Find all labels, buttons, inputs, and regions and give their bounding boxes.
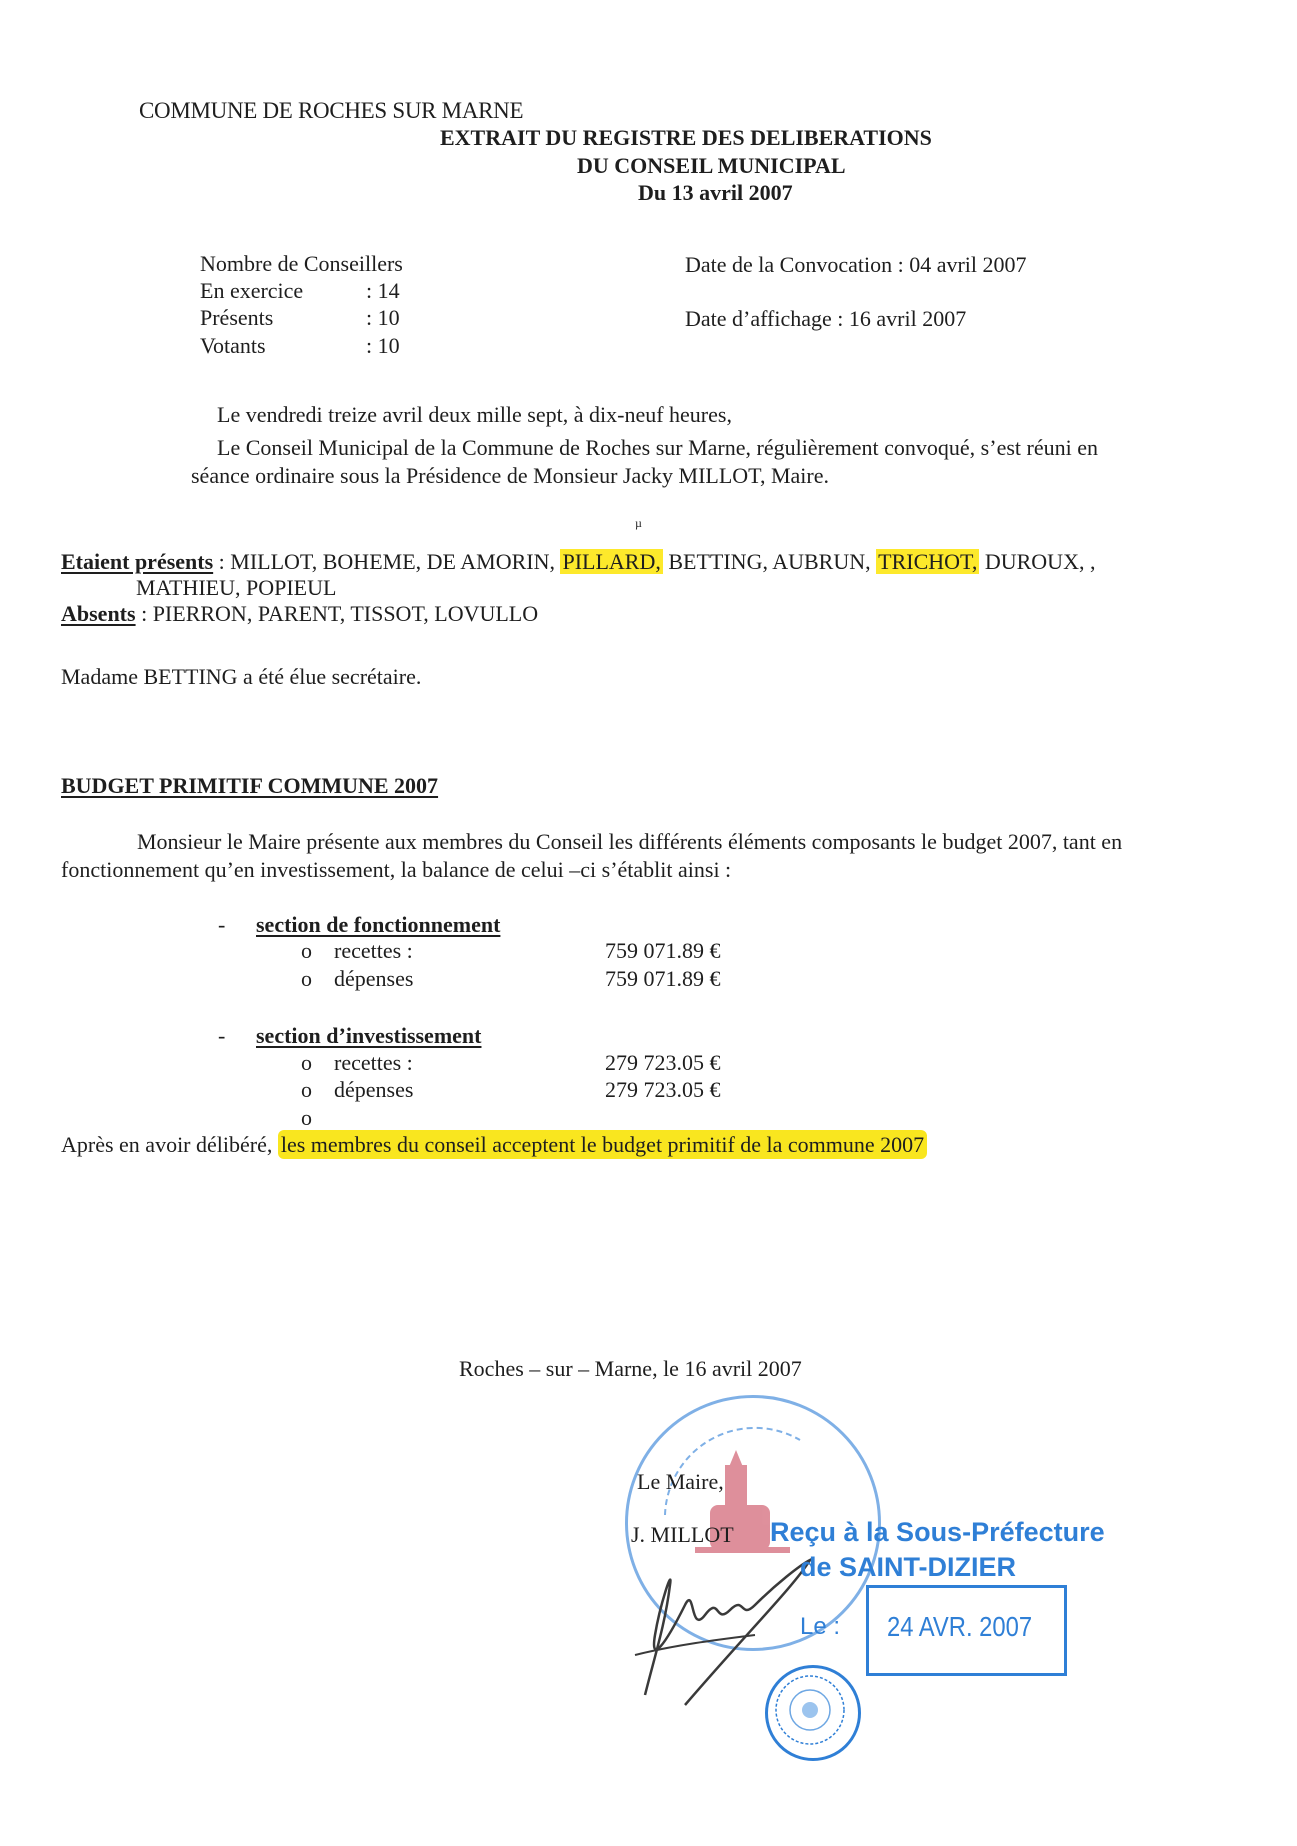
invest-depenses-label: dépenses [334, 1077, 413, 1103]
bullet-circle: o [301, 938, 312, 964]
present-names-3: DUROUX, , [979, 549, 1095, 574]
fonct-depenses-label: dépenses [334, 966, 413, 992]
present-list: Etaient présents : MILLOT, BOHEME, DE AM… [61, 549, 1095, 575]
count-label-en-exercice: En exercice [200, 278, 303, 304]
document-title-line1: EXTRAIT DU REGISTRE DES DELIBERATIONS [440, 125, 932, 151]
budget-paragraph-line2: fonctionnement qu’en investissement, la … [61, 857, 731, 883]
stray-mark: µ [635, 510, 642, 536]
absent-label: Absents [61, 601, 136, 626]
section-investissement-title: section d’investissement [256, 1023, 481, 1049]
intro-line1: Le vendredi treize avril deux mille sept… [217, 402, 732, 428]
bullet-dash: - [218, 1023, 225, 1049]
present-separator: : [213, 549, 230, 574]
intro-line3: séance ordinaire sous la Présidence de M… [191, 463, 829, 489]
fonct-recettes-label: recettes : [334, 938, 413, 964]
present-highlight-trichot: TRICHOT, [876, 549, 979, 574]
present-highlight-pillard: PILLARD, [560, 549, 662, 574]
count-label-presents: Présents [200, 305, 273, 331]
present-names-2: BETTING, AUBRUN, [663, 549, 876, 574]
fonct-recettes-amount: 759 071.89 € [605, 938, 721, 964]
meeting-date: Du 13 avril 2007 [638, 180, 793, 206]
invest-recettes-label: recettes : [334, 1050, 413, 1076]
present-names-1: MILLOT, BOHEME, DE AMORIN, [230, 549, 560, 574]
counts-heading: Nombre de Conseillers [200, 251, 403, 277]
fonct-depenses-amount: 759 071.89 € [605, 966, 721, 992]
conclusion: Après en avoir délibéré, les membres du … [61, 1132, 927, 1158]
bullet-circle: o [301, 1050, 312, 1076]
commune-name: COMMUNE DE ROCHES SUR MARNE [139, 98, 523, 124]
signatory-role: Le Maire, [637, 1469, 724, 1495]
present-label: Etaient présents [61, 549, 213, 574]
place-date: Roches – sur – Marne, le 16 avril 2007 [459, 1356, 802, 1382]
absent-list: Absents : PIERRON, PARENT, TISSOT, LOVUL… [61, 601, 538, 627]
receipt-stamp-line2: de SAINT-DIZIER [800, 1552, 1016, 1582]
present-list-line2: MATHIEU, POPIEUL [136, 575, 336, 601]
section-fonctionnement-title: section de fonctionnement [256, 912, 500, 938]
bullet-circle: o [301, 966, 312, 992]
bullet-circle: o [301, 1077, 312, 1103]
count-value-votants: : 10 [366, 333, 400, 359]
prefecture-seal-emblem-icon [765, 1665, 855, 1755]
invest-depenses-amount: 279 723.05 € [605, 1077, 721, 1103]
absent-names: : PIERRON, PARENT, TISSOT, LOVULLO [136, 601, 539, 626]
count-value-en-exercice: : 14 [366, 278, 400, 304]
intro-line2: Le Conseil Municipal de la Commune de Ro… [217, 435, 1098, 461]
bullet-dash: - [218, 912, 225, 938]
affichage-date: Date d’affichage : 16 avril 2007 [685, 306, 966, 332]
budget-paragraph-line1: Monsieur le Maire présente aux membres d… [137, 829, 1122, 855]
document-title-line2: DU CONSEIL MUNICIPAL [577, 153, 846, 179]
receipt-stamp-line1: Reçu à la Sous-Préfecture [770, 1517, 1105, 1547]
budget-heading: BUDGET PRIMITIF COMMUNE 2007 [61, 773, 438, 799]
invest-recettes-amount: 279 723.05 € [605, 1050, 721, 1076]
secretary-note: Madame BETTING a été élue secrétaire. [61, 664, 421, 690]
prefecture-seal [765, 1665, 861, 1761]
receipt-le-label: Le : [800, 1614, 840, 1640]
bullet-circle-empty: o [301, 1105, 312, 1131]
receipt-date: 24 AVR. 2007 [887, 1612, 1032, 1642]
conclusion-prefix: Après en avoir délibéré, [61, 1132, 278, 1157]
convocation-date: Date de la Convocation : 04 avril 2007 [685, 252, 1027, 278]
conclusion-highlight: les membres du conseil acceptent le budg… [278, 1130, 927, 1159]
count-value-presents: : 10 [366, 305, 400, 331]
count-label-votants: Votants [200, 333, 266, 359]
